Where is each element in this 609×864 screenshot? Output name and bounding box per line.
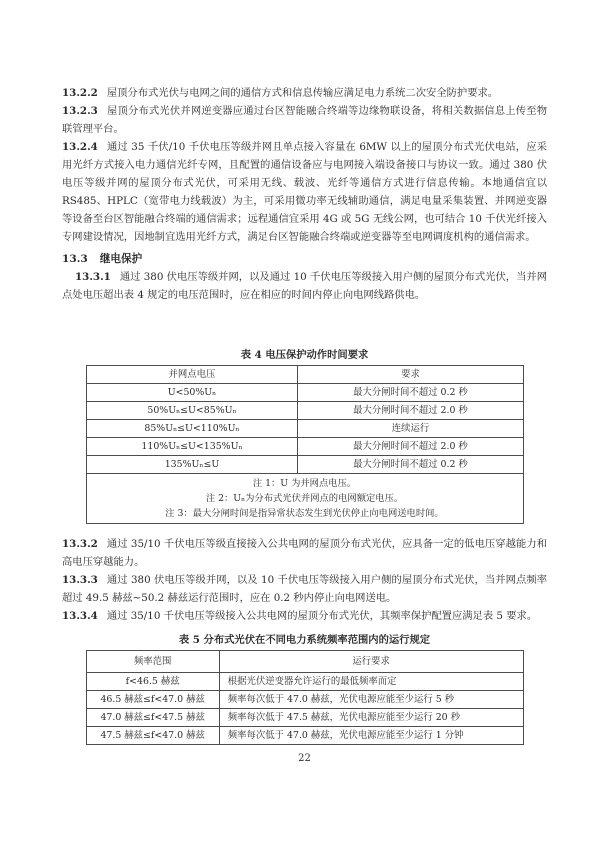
requirement-cell: 最大分闸时间不超过 0.2 秒 bbox=[298, 456, 523, 474]
clause-number: 13.3.2 bbox=[62, 538, 98, 550]
section-heading-13-3: 13.3继电保护 bbox=[62, 250, 547, 268]
clause-13-3-4: 13.3.4通过 35/10 千伏电压等级接入公共电网的屋顶分布式光伏，其频率保… bbox=[62, 607, 547, 625]
clause-number: 13.2.4 bbox=[62, 141, 98, 153]
note-3: 注 3：最大分闸时间是指异常状态发生到光伏停止向电网送电时间。 bbox=[91, 506, 519, 521]
table4-header-voltage: 并网点电压 bbox=[86, 366, 298, 384]
clause-number: 13.3.3 bbox=[62, 574, 98, 586]
requirement-cell: 最大分闸时间不超过 2.0 秒 bbox=[298, 402, 523, 420]
clause-13-3-1: 13.3.1通过 380 伏电压等级并网，以及通过 10 千伏电压等级接入用户侧… bbox=[62, 268, 547, 304]
table-row: f<46.5 赫兹 根据光伏逆变器允许运行的最低频率而定 bbox=[86, 673, 523, 691]
clause-number: 13.2.3 bbox=[62, 105, 98, 117]
table-row: 46.5 赫兹≤f<47.0 赫兹 频率每次低于 47.0 赫兹，光伏电源应能至… bbox=[86, 691, 523, 709]
voltage-protection-table: 并网点电压 要求 U<50%Uₙ 最大分闸时间不超过 0.2 秒 50%Uₙ≤U… bbox=[86, 365, 524, 524]
clause-text: 通过 380 伏电压等级并网，以及 10 千伏电压等级接入用户侧的屋顶分布式光伏… bbox=[62, 574, 547, 604]
clause-number: 13.2.2 bbox=[62, 87, 98, 99]
document-page: 13.2.2屋顶分布式光伏与电网之间的通信方式和信息传输应满足电力系统二次安全防… bbox=[0, 0, 609, 864]
heading-title: 继电保护 bbox=[100, 253, 142, 265]
requirement-cell: 连续运行 bbox=[298, 420, 523, 438]
heading-number: 13.3 bbox=[62, 253, 88, 265]
requirement-cell: 频率每次低于 47.0 赫兹，光伏电源应能至少运行 1 分钟 bbox=[219, 727, 523, 745]
clause-text: 通过 35/10 千伏电压等级接入公共电网的屋顶分布式光伏，其频率保护配置应满足… bbox=[107, 610, 537, 622]
table-row: 110%Uₙ≤U<135%Uₙ 最大分闸时间不超过 2.0 秒 bbox=[86, 438, 523, 456]
table-row: 47.0 赫兹≤f<47.5 赫兹 频率每次低于 47.5 赫兹，光伏电源应能至… bbox=[86, 709, 523, 727]
clause-13-2-2: 13.2.2屋顶分布式光伏与电网之间的通信方式和信息传输应满足电力系统二次安全防… bbox=[62, 84, 547, 102]
voltage-cell: 135%Uₙ≤U bbox=[86, 456, 298, 474]
clause-13-2-3: 13.2.3屋顶分布式光伏并网逆变器应通过台区智能融合终端等边缘物联设备，将相关… bbox=[62, 102, 547, 138]
clause-13-2-4: 13.2.4通过 35 千伏/10 千伏电压等级并网且单点接入容量在 6MW 以… bbox=[62, 138, 547, 246]
voltage-cell: 85%Uₙ≤U<110%Uₙ bbox=[86, 420, 298, 438]
frequency-range-cell: f<46.5 赫兹 bbox=[86, 673, 219, 691]
requirement-cell: 根据光伏逆变器允许运行的最低频率而定 bbox=[219, 673, 523, 691]
frequency-operation-table: 频率范围 运行要求 f<46.5 赫兹 根据光伏逆变器允许运行的最低频率而定 4… bbox=[86, 650, 524, 745]
frequency-range-cell: 46.5 赫兹≤f<47.0 赫兹 bbox=[86, 691, 219, 709]
table-row: 47.5 赫兹≤f<47.0 赫兹 频率每次低于 47.0 赫兹，光伏电源应能至… bbox=[86, 727, 523, 745]
clause-text: 通过 380 伏电压等级并网，以及通过 10 千伏电压等级接入用户侧的屋顶分布式… bbox=[62, 271, 547, 301]
clause-13-3-3: 13.3.3通过 380 伏电压等级并网，以及 10 千伏电压等级接入用户侧的屋… bbox=[62, 571, 547, 607]
clause-text: 通过 35 千伏/10 千伏电压等级并网且单点接入容量在 6MW 以上的屋顶分布… bbox=[62, 141, 547, 243]
table-row: U<50%Uₙ 最大分闸时间不超过 0.2 秒 bbox=[86, 384, 523, 402]
table5-title: 表 5 分布式光伏在不同电力系统频率范围内的运行规定 bbox=[62, 631, 547, 649]
table-notes-row: 注 1：U 为并网点电压。 注 2：Uₙ为分布式光伏并网点的电网额定电压。 注 … bbox=[86, 474, 523, 524]
voltage-cell: 110%Uₙ≤U<135%Uₙ bbox=[86, 438, 298, 456]
clause-number: 13.3.1 bbox=[75, 271, 111, 283]
frequency-range-cell: 47.0 赫兹≤f<47.5 赫兹 bbox=[86, 709, 219, 727]
table5-header-range: 频率范围 bbox=[86, 651, 219, 673]
table-row: 85%Uₙ≤U<110%Uₙ 连续运行 bbox=[86, 420, 523, 438]
page-content: 13.2.2屋顶分布式光伏与电网之间的通信方式和信息传输应满足电力系统二次安全防… bbox=[0, 0, 609, 766]
clause-text: 屋顶分布式光伏并网逆变器应通过台区智能融合终端等边缘物联设备，将相关数据信息上传… bbox=[62, 105, 547, 135]
table4-title: 表 4 电压保护动作时间要求 bbox=[62, 346, 547, 364]
frequency-range-cell: 47.5 赫兹≤f<47.0 赫兹 bbox=[86, 727, 219, 745]
requirement-cell: 最大分闸时间不超过 0.2 秒 bbox=[298, 384, 523, 402]
page-number: 22 bbox=[62, 752, 547, 766]
table4-header-requirement: 要求 bbox=[298, 366, 523, 384]
requirement-cell: 频率每次低于 47.0 赫兹，光伏电源应能至少运行 5 秒 bbox=[219, 691, 523, 709]
clause-text: 屋顶分布式光伏与电网之间的通信方式和信息传输应满足电力系统二次安全防护要求。 bbox=[107, 87, 498, 99]
voltage-cell: 50%Uₙ≤U<85%Uₙ bbox=[86, 402, 298, 420]
note-2: 注 2：Uₙ为分布式光伏并网点的电网额定电压。 bbox=[91, 491, 519, 506]
table-header-row: 并网点电压 要求 bbox=[86, 366, 523, 384]
voltage-cell: U<50%Uₙ bbox=[86, 384, 298, 402]
table4-notes: 注 1：U 为并网点电压。 注 2：Uₙ为分布式光伏并网点的电网额定电压。 注 … bbox=[86, 474, 523, 524]
clause-text: 通过 35/10 千伏电压等级直接接入公共电网的屋顶分布式光伏，应具备一定的低电… bbox=[62, 538, 547, 568]
table-row: 50%Uₙ≤U<85%Uₙ 最大分闸时间不超过 2.0 秒 bbox=[86, 402, 523, 420]
clause-number: 13.3.4 bbox=[62, 610, 98, 622]
table-row: 135%Uₙ≤U 最大分闸时间不超过 0.2 秒 bbox=[86, 456, 523, 474]
requirement-cell: 最大分闸时间不超过 2.0 秒 bbox=[298, 438, 523, 456]
table-header-row: 频率范围 运行要求 bbox=[86, 651, 523, 673]
table5-header-requirement: 运行要求 bbox=[219, 651, 523, 673]
clause-13-3-2: 13.3.2通过 35/10 千伏电压等级直接接入公共电网的屋顶分布式光伏，应具… bbox=[62, 535, 547, 571]
requirement-cell: 频率每次低于 47.5 赫兹，光伏电源应能至少运行 20 秒 bbox=[219, 709, 523, 727]
note-1: 注 1：U 为并网点电压。 bbox=[91, 476, 519, 491]
